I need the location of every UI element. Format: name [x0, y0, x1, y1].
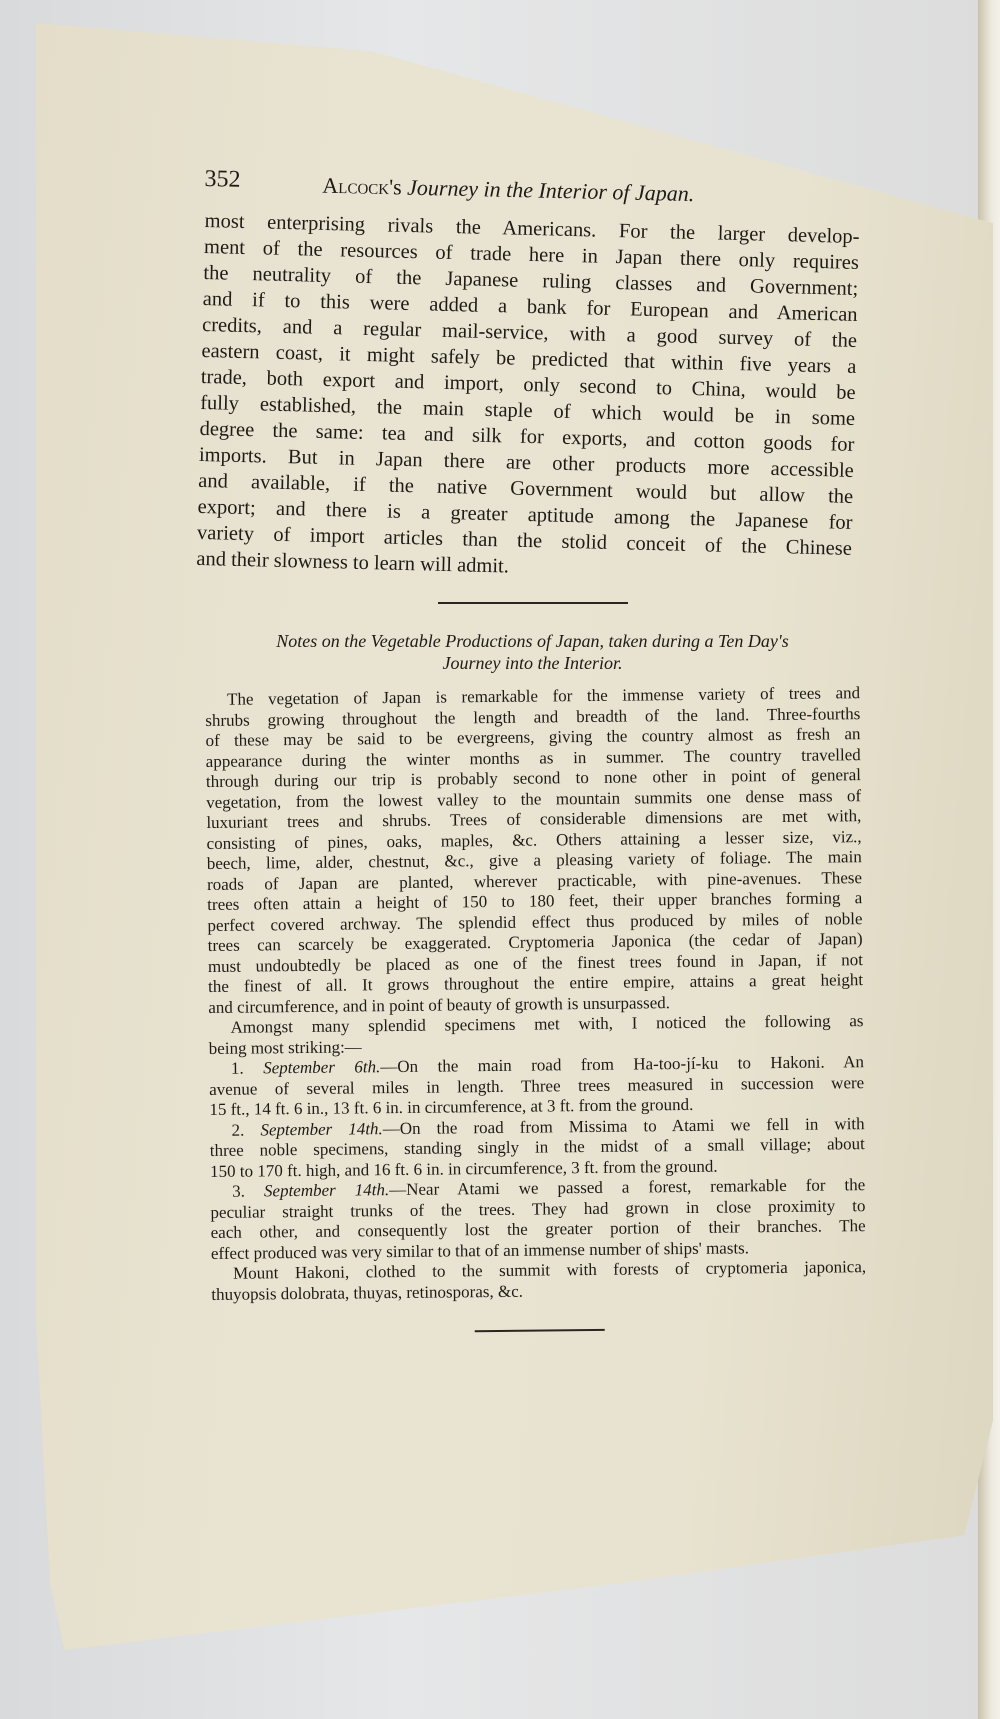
intro-paragraph: most enterprising rivals the Americans. …	[196, 208, 860, 588]
article-body: The vegetation of Japan is remarkable fo…	[205, 683, 867, 1335]
page-number: 352	[204, 166, 241, 194]
running-head: Alcock's Journey in the Interior of Japa…	[322, 173, 694, 207]
item-number: 3.	[232, 1182, 245, 1201]
article-paragraph: Amongst many splendid specimens met with…	[208, 1011, 863, 1059]
section-divider	[438, 602, 628, 604]
closing-paragraph: Mount Hakoni, clothed to the summit with…	[211, 1257, 866, 1305]
specimen-item: 1. September 6th.—On the main road from …	[209, 1052, 865, 1120]
item-text: —Near Atami we passed a forest, remarkab…	[389, 1175, 865, 1199]
item-number: 2.	[232, 1120, 245, 1139]
item-number: 1.	[231, 1059, 244, 1078]
article-title-line: Notes on the Vegetable Productions of Ja…	[215, 630, 850, 652]
item-date: September 6th.	[263, 1057, 380, 1077]
page-text: 352 Alcock's Journey in the Interior of …	[205, 160, 860, 1335]
article-title: Notes on the Vegetable Productions of Ja…	[205, 630, 860, 674]
article-paragraph: The vegetation of Japan is remarkable fo…	[205, 683, 863, 1018]
item-date: September 14th.	[260, 1119, 383, 1139]
running-head-author: Alcock	[322, 173, 389, 200]
item-text: —On the main road from Ha-too-jí-ku to H…	[380, 1052, 864, 1076]
article-title-line: Journey into the Interior.	[215, 652, 850, 674]
specimen-item: 2. September 14th.—On the road from Miss…	[210, 1114, 866, 1182]
running-head-possessive: 's	[389, 174, 402, 199]
running-head-title: Journey in the Interior of Japan.	[407, 175, 695, 207]
item-date: September 14th.	[264, 1180, 389, 1200]
specimen-item: 3. September 14th.—Near Atami we passed …	[210, 1175, 866, 1264]
end-divider	[474, 1329, 604, 1332]
